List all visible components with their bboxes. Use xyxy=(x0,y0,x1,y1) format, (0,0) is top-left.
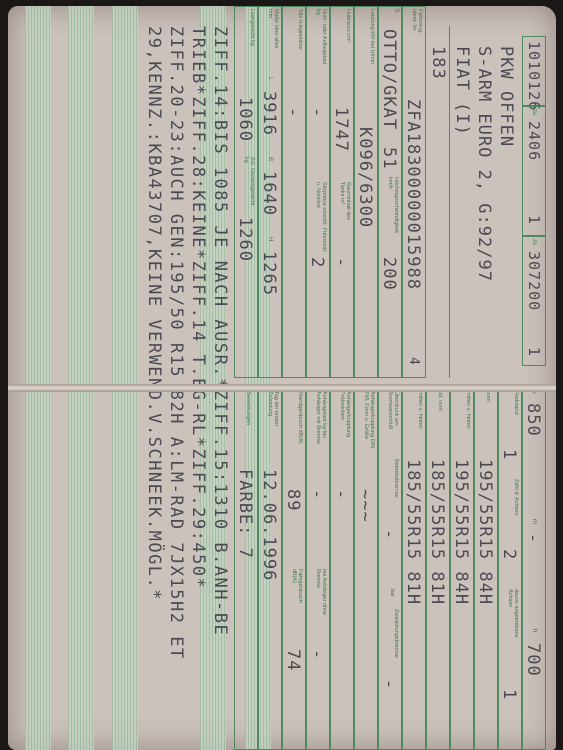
zu2-box: zu 2406 1 xyxy=(522,106,546,236)
coupling-label: Anhängerkupplung DIN 740, Form u. Größe xyxy=(363,391,375,451)
emission-class: S-ARM EURO 2, G:92/97 xyxy=(474,46,494,282)
payload-value: - xyxy=(307,107,327,118)
nr-box: 1010126 xyxy=(522,36,546,106)
gross-weight-value: 1260 xyxy=(235,217,255,262)
tire-alt-front-label: od. vorn xyxy=(437,391,443,411)
driven-axles-label: davon angetriebene Achsen xyxy=(507,589,519,649)
axle-one-value: 1 xyxy=(499,449,519,460)
v-value: 850 xyxy=(523,403,543,437)
zu-label: zu xyxy=(531,109,537,115)
seat-places-label: Sitz-/Liegeplätze xyxy=(297,9,303,69)
tank-value: - xyxy=(331,257,351,268)
field-number: 5 xyxy=(393,9,399,12)
row-remarks: Bemerkungen FARBE: 7 xyxy=(234,388,258,750)
height-value: 1265 xyxy=(259,251,279,296)
payload-label: Nutz- oder Aufliegelast kg xyxy=(315,9,327,69)
zu3-value: 307200 xyxy=(525,251,543,311)
trailer-brake-value: - xyxy=(307,489,327,500)
row-axle-dist: v 850 m - h 700 xyxy=(522,388,546,750)
row-trailer-load: Anhängelast kg bei Anhänger mit Bremse -… xyxy=(306,388,330,750)
row-coupling: Anhängerkupplung DIN 740, Form u. Größe … xyxy=(354,388,378,750)
vmax-label: Höchstgeschwindigkeit km/h xyxy=(387,177,399,237)
row-weights: Leergewicht kg 1060 Zul. Gesamtgewicht k… xyxy=(234,6,258,378)
row-noise: Standgeräusch dB(A) 89 Fahrgeräusch dB(A… xyxy=(282,388,306,750)
service-brake-value: - xyxy=(379,529,399,540)
model-code: 183 xyxy=(428,46,448,80)
tire-rear-value: 195/55R15 84H xyxy=(451,459,471,605)
vin-label: Fahrzeug-Ident.-Nr. xyxy=(411,9,423,49)
row-fuel: 5 OTTO/GKAT 51 Höchstgeschwindigkeit km/… xyxy=(378,6,402,378)
row-tire-alt-rear: mitten u. hinten 185/55R15 81H xyxy=(402,388,426,750)
vehicle-registration-document: 1010126 zu 2406 1 zu 307200 1 PKW OFFEN … xyxy=(8,6,556,750)
height-prefix: H xyxy=(267,237,273,241)
seat-places-value: - xyxy=(283,107,303,118)
remarks-line: 29,KENNZ.:KBA43707,KEINE VERWEND.V.SCHNE… xyxy=(144,26,164,601)
row-seats: Sitz-/Liegeplätze - xyxy=(282,6,306,378)
vmax-value: 200 xyxy=(379,257,399,291)
zu3-suffix: 1 xyxy=(525,347,543,357)
remarks-label: Bemerkungen xyxy=(245,391,251,425)
axles-label: Zahl d. Achsen xyxy=(513,479,519,519)
nr-value: 1010126 xyxy=(525,41,543,111)
coupling-value: ~~~ xyxy=(355,489,375,523)
m-value: - xyxy=(523,533,543,544)
tire-alt-rear-label: mitten u. hinten xyxy=(417,391,423,431)
seats-value: 2 xyxy=(307,257,327,268)
power-label: Leistung kW bei U/min xyxy=(369,9,375,69)
empty-weight-label: Leergewicht kg xyxy=(249,9,255,69)
row-axles: Radstand 1 Zahl d. Achsen 2 davon angetr… xyxy=(498,388,522,750)
row-displacement: Hubraum cm³ 1747 Rauminhalt des Tanks m³… xyxy=(330,6,354,378)
h-value: 700 xyxy=(523,643,543,677)
green-stripe xyxy=(112,6,138,750)
bar-label: bar xyxy=(389,589,395,597)
row-tire-front: vorn 195/55R15 84H xyxy=(474,388,498,750)
dual-brake-label: Zweileitungsbremse xyxy=(393,609,399,659)
gross-weight-label: Zul. Gesamtgewicht kg xyxy=(243,157,255,207)
zu2-suffix: 1 xyxy=(525,215,543,225)
trailer-nobrake-value: - xyxy=(307,649,327,660)
zu-label: zu xyxy=(531,239,537,245)
rotated-document-content: 1010126 zu 2406 1 zu 307200 1 PKW OFFEN … xyxy=(8,6,556,750)
h-label: h xyxy=(531,629,537,632)
drive-noise-value: 74 xyxy=(283,649,303,671)
remarks-line: ZIFF.20-23:AUCH GEN:195/50 R15 82H A:LM-… xyxy=(166,26,186,660)
color-value: FARBE: 7 xyxy=(235,469,255,559)
tank-label: Rauminhalt des Tanks m³ xyxy=(339,182,351,232)
empty-weight-value: 1060 xyxy=(235,97,255,142)
vin-check-digit: 4 xyxy=(406,357,421,366)
tire-front-value: 195/55R15 84H xyxy=(475,459,495,605)
row-tire-alt-front: od. vorn 185/55R15 81H xyxy=(426,388,450,750)
length-value: 3916 xyxy=(259,91,279,136)
drive-noise-label: Fahrgeräusch dB(A) xyxy=(291,569,303,609)
displacement-value: 1747 xyxy=(331,107,351,152)
service-brake-label: Betriebsbremse xyxy=(393,459,399,499)
green-stripe xyxy=(68,6,94,750)
tire-front-label: vorn xyxy=(485,391,491,402)
tire-rear-label: mitten u. hinten xyxy=(465,391,471,431)
noise-value: 89 xyxy=(283,489,303,511)
row-coupling-mark: Anhängerkupplung Prüfzeichen - xyxy=(330,388,354,750)
axle-dist-label: Radstand xyxy=(513,391,519,431)
first-reg-value: 12.06.1996 xyxy=(259,469,279,581)
power-value: K096/6300 xyxy=(355,127,375,228)
seats-label: Sitzplätze einschl. Führersitz u. Notsit… xyxy=(315,182,327,252)
tire-alt-front-value: 185/55R15 81H xyxy=(427,459,447,605)
fuel-type: OTTO/GKAT xyxy=(379,29,399,130)
row-brake-pressure: Überdruck am Bremsanschluß Betriebsbrems… xyxy=(378,388,402,750)
axles-value: 2 xyxy=(499,549,519,560)
driven-axles-value: 1 xyxy=(499,689,519,700)
row-dimensions: Maße über alles mm L 3916 B 1640 H 1265 xyxy=(258,6,282,378)
width-value: 1640 xyxy=(259,171,279,216)
manufacturer: FIAT (I) xyxy=(452,46,472,136)
trailer-nobrake-label: bei Anhänger ohne Bremse xyxy=(315,569,327,619)
fuel-code: 51 xyxy=(379,147,399,169)
zu2-value: 2406 xyxy=(525,121,543,161)
remarks-line: ZIFF.14:BIS 1085 JE NACH AUSR.*ZIFF.15:1… xyxy=(210,26,230,636)
row-first-reg: Tag der ersten Zulassung 12.06.1996 xyxy=(258,388,282,750)
coupling-mark-value: - xyxy=(331,489,351,500)
row-tire-rear: mitten u. hinten 195/55R15 84H xyxy=(450,388,474,750)
noise-label: Standgeräusch dB(A) xyxy=(297,391,303,451)
vin-value: ZFA18300000015988 xyxy=(403,99,423,290)
dual-brake-value: - xyxy=(379,679,399,690)
width-prefix: B xyxy=(267,157,273,161)
remarks-line: TRIEB*ZIFF.28:KEINE*ZIFF.14 T.EG-RL*ZIFF… xyxy=(188,26,208,589)
page-fold xyxy=(8,384,556,392)
tire-alt-rear-value: 185/55R15 81H xyxy=(403,459,423,605)
displacement-label: Hubraum cm³ xyxy=(345,9,351,69)
length-prefix: L xyxy=(267,77,273,80)
dimensions-label: Maße über alles mm xyxy=(267,9,279,59)
first-reg-label: Tag der ersten Zulassung xyxy=(267,391,279,441)
zu3-box: zu 307200 1 xyxy=(522,236,546,366)
m-label: m xyxy=(531,519,537,524)
green-stripe xyxy=(25,6,51,750)
row-power: Leistung kW bei U/min K096/6300 xyxy=(354,6,378,378)
coupling-mark-label: Anhängerkupplung Prüfzeichen xyxy=(339,391,351,451)
brake-pressure-label: Überdruck am Bremsanschluß xyxy=(387,391,399,451)
trailer-brake-label: Anhängelast kg bei Anhänger mit Bremse xyxy=(315,391,327,451)
row-vin: Fahrzeug-Ident.-Nr. ZFA18300000015988 4 xyxy=(402,6,426,378)
vehicle-type: PKW OFFEN xyxy=(496,46,516,147)
row-payload: Nutz- oder Aufliegelast kg - Sitzplätze … xyxy=(306,6,330,378)
